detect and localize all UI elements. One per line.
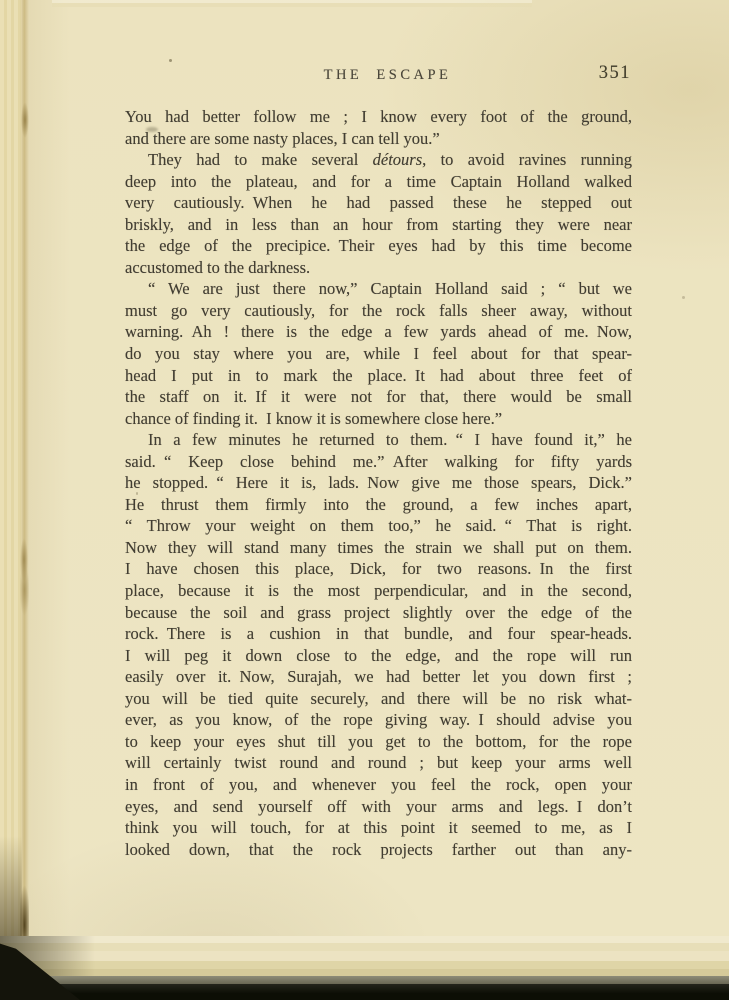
text-line: he stopped. “ Here it is, lads. Now give…	[125, 472, 632, 494]
gutter-crease	[20, 0, 29, 948]
top-page-edges	[52, 0, 532, 16]
text-line: very cautiously. When he had passed thes…	[125, 192, 632, 214]
text-line: and there are some nasty places, I can t…	[125, 128, 632, 150]
text-block: You had better follow me ; I know every …	[125, 106, 632, 860]
text-line: will certainly twist round and round ; b…	[125, 752, 632, 774]
scan-speck	[136, 492, 138, 495]
text-line: chance of finding it. I know it is somew…	[125, 408, 632, 430]
italic-text: détours	[373, 150, 423, 169]
text-line: “ Throw your weight on them too,” he sai…	[125, 515, 632, 537]
text-line: easily over it. Now, Surajah, we had bet…	[125, 666, 632, 688]
text-segment: They had to make several	[148, 150, 373, 169]
text-line: In a few minutes he returned to them. “ …	[125, 429, 632, 451]
text-line: Now they will stand many times the strai…	[125, 537, 632, 559]
text-line: I will peg it down close to the edge, an…	[125, 645, 632, 667]
text-line: warning. Ah ! there is the edge a few ya…	[125, 321, 632, 343]
page-number: 351	[599, 63, 631, 84]
text-line: place, because it is the most perpendicu…	[125, 580, 632, 602]
text-line: “ We are just there now,” Captain Hollan…	[125, 278, 632, 300]
text-line: rock. There is a cushion in that bundle,…	[125, 623, 632, 645]
text-line: in front of you, and whenever you feel t…	[125, 774, 632, 796]
text-line: deep into the plateau, and for a time Ca…	[125, 171, 632, 193]
text-line: They had to make several détours, to avo…	[125, 149, 632, 171]
text-line: accustomed to the darkness.	[125, 257, 632, 279]
text-line: eyes, and send yourself off with your ar…	[125, 796, 632, 818]
left-page-edges	[0, 0, 22, 950]
table-background	[0, 984, 729, 1000]
text-line: because the soil and grass project sligh…	[125, 602, 632, 624]
text-line: You had better follow me ; I know every …	[125, 106, 632, 128]
text-line: do you stay where you are, while I feel …	[125, 343, 632, 365]
text-line: to keep your eyes shut till you get to t…	[125, 731, 632, 753]
text-line: you will be tied quite securely, and the…	[125, 688, 632, 710]
text-line: head I put in to mark the place. It had …	[125, 365, 632, 387]
text-line: looked down, that the rock projects fart…	[125, 839, 632, 861]
text-segment: , to avoid ravines running	[422, 150, 632, 169]
scan-speck	[682, 296, 685, 299]
text-line: think you will touch, for at this point …	[125, 817, 632, 839]
bottom-page-edges	[0, 936, 729, 978]
running-header: THE ESCAPE 351	[125, 67, 632, 91]
text-line: I have chosen this place, Dick, for two …	[125, 558, 632, 580]
text-line: the staff on it. If it were not for that…	[125, 386, 632, 408]
ink-smudge	[146, 127, 158, 132]
text-line: the edge of the precipice. Their eyes ha…	[125, 235, 632, 257]
text-line: briskly, and in less than an hour from s…	[125, 214, 632, 236]
running-header-title: THE ESCAPE	[134, 67, 641, 84]
text-line: ever, as you know, of the rope giving wa…	[125, 709, 632, 731]
text-line: said. “ Keep close behind me.” After wal…	[125, 451, 632, 473]
text-line: must go very cautiously, for the rock fa…	[125, 300, 632, 322]
text-line: He thrust them firmly into the ground, a…	[125, 494, 632, 516]
scan-speck	[169, 59, 172, 62]
